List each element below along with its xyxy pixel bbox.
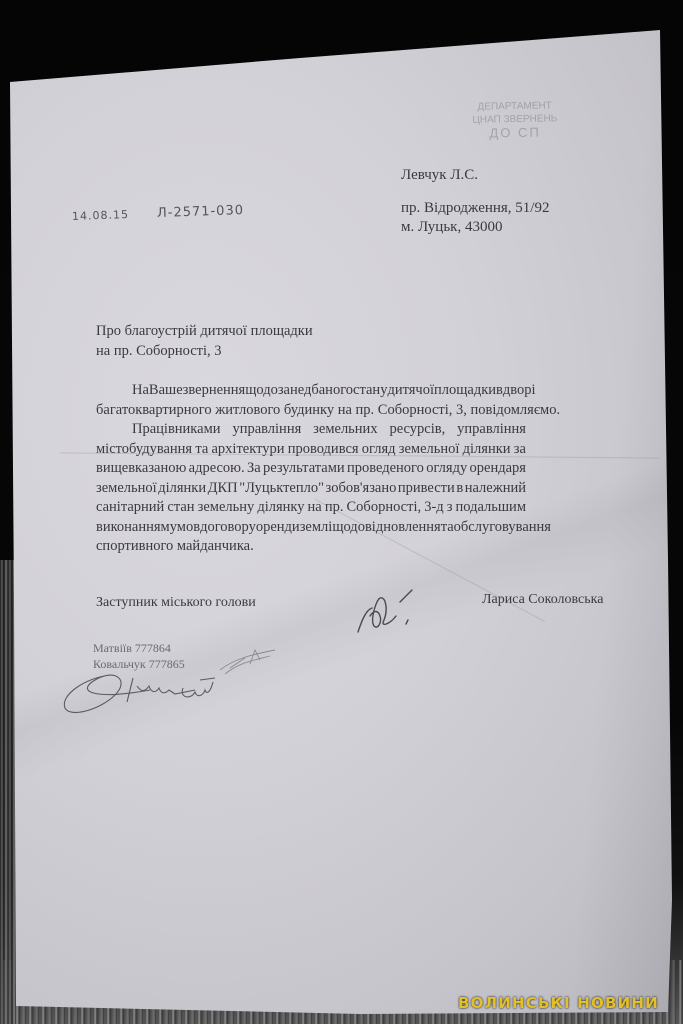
word: умов xyxy=(170,518,200,538)
recipient-name: Левчук Л.С. xyxy=(401,166,478,185)
word: занедбаного xyxy=(278,381,353,401)
paragraph-1-line-1: НаВашезверненнящодозанедбаногостанудитяч… xyxy=(96,381,526,401)
word: санітарний xyxy=(96,498,164,518)
word: ділянки xyxy=(463,440,511,460)
word: звернення xyxy=(183,381,246,401)
word: та xyxy=(441,518,454,538)
word: обслуговування xyxy=(454,518,551,538)
word: проводився xyxy=(288,440,359,460)
word: Працівниками xyxy=(132,420,221,440)
word: за xyxy=(514,440,526,460)
word: проведеного xyxy=(347,459,424,479)
word: в xyxy=(456,479,463,499)
word: дворі xyxy=(503,381,536,401)
word: вищевказаною xyxy=(96,459,186,479)
paragraph-1-line-2: багатоквартирного житлового будинку на п… xyxy=(96,401,526,421)
paragraph-2-line-7: спортивного майданчика. xyxy=(96,537,526,557)
word: оренди xyxy=(256,518,300,538)
word: з xyxy=(447,498,453,518)
word: стану xyxy=(353,381,387,401)
word: архітектури xyxy=(212,440,285,460)
word: ділянки xyxy=(158,479,206,499)
word: земельну xyxy=(198,498,255,518)
word: стан xyxy=(167,498,194,518)
body-paragraph-2: Працівникамиуправлінняземельнихресурсів,… xyxy=(96,420,526,557)
word: щодо xyxy=(245,381,278,401)
word: огляду xyxy=(426,459,467,479)
publisher-watermark: ВОЛИНСЬКІ НОВИНИ xyxy=(458,994,659,1012)
recipient-city: м. Луцьк, 43000 xyxy=(401,218,502,237)
paragraph-2-line-5: санітарнийстанземельнуділянкунапр.Соборн… xyxy=(96,498,526,518)
word: ДКП xyxy=(208,479,238,499)
word: дитячої xyxy=(387,381,434,401)
word: на xyxy=(308,498,322,518)
word: щодо xyxy=(332,518,365,538)
word: За xyxy=(247,459,261,479)
word: відновлення xyxy=(365,518,441,538)
word: "Луцьктепло" xyxy=(239,479,324,499)
word: містобудування xyxy=(96,440,192,460)
word: привести xyxy=(398,479,455,499)
signatory-position: Заступник міського голови xyxy=(96,593,256,612)
word: ресурсів, xyxy=(390,420,446,440)
stamp-line-3: ДО СП xyxy=(455,125,575,140)
subject-line-2: на пр. Соборності, 3 xyxy=(96,342,222,361)
registration-number: Л-2571-030 xyxy=(157,203,245,221)
word: в xyxy=(496,381,503,401)
word: виконанням xyxy=(96,518,170,538)
word: Соборності, xyxy=(347,498,422,518)
word: та xyxy=(195,440,208,460)
paragraph-2-line-1: Працівникамиуправлінняземельнихресурсів,… xyxy=(96,420,526,440)
signatory-name: Лариса Соколовська xyxy=(482,590,603,609)
word: зобов'язано xyxy=(326,479,397,499)
paragraph-2-line-2: містобудуваннятаархітектурипроводивсяогл… xyxy=(96,440,526,460)
body-paragraph-1: НаВашезверненнящодозанедбаногостанудитяч… xyxy=(96,381,526,420)
word: пр. xyxy=(325,498,344,518)
official-signature-icon xyxy=(350,580,430,640)
word: управління xyxy=(232,420,301,440)
approval-signatures-icon xyxy=(55,640,295,720)
word: ділянку xyxy=(257,498,304,518)
word: землі xyxy=(300,518,333,538)
word: орендаря xyxy=(470,459,526,479)
word: 3-д xyxy=(424,498,443,518)
word: управління xyxy=(457,420,526,440)
word: адресою. xyxy=(189,459,245,479)
word: земельних xyxy=(313,420,377,440)
word: площадки xyxy=(434,381,496,401)
recipient-street: пр. Відродження, 51/92 xyxy=(401,199,549,218)
word: договору xyxy=(200,518,256,538)
word: подальшим xyxy=(456,498,526,518)
word: земельної xyxy=(96,479,157,499)
paragraph-2-line-4: земельноїділянкиДКП"Луцьктепло"зобов'яза… xyxy=(96,479,526,499)
registration-stamp: ДЕПАРТАМЕНТ ЦНАП ЗВЕРНЕНЬ ДО СП xyxy=(455,99,576,153)
wooden-table-left-edge xyxy=(0,560,16,1024)
paragraph-2-line-3: вищевказаноюадресою.Зарезультатамипровед… xyxy=(96,459,526,479)
word: Ваше xyxy=(149,381,183,401)
word: належний xyxy=(465,479,526,499)
subject-line-1: Про благоустрій дитячої площадки xyxy=(96,322,313,341)
word: результатами xyxy=(263,459,345,479)
word: На xyxy=(132,381,149,401)
registration-date: 14.08.15 xyxy=(72,208,129,223)
word: земельної xyxy=(399,440,460,460)
word: огляд xyxy=(362,440,396,460)
paragraph-2-line-6: виконаннямумовдоговоруорендиземліщодовід… xyxy=(96,518,526,538)
